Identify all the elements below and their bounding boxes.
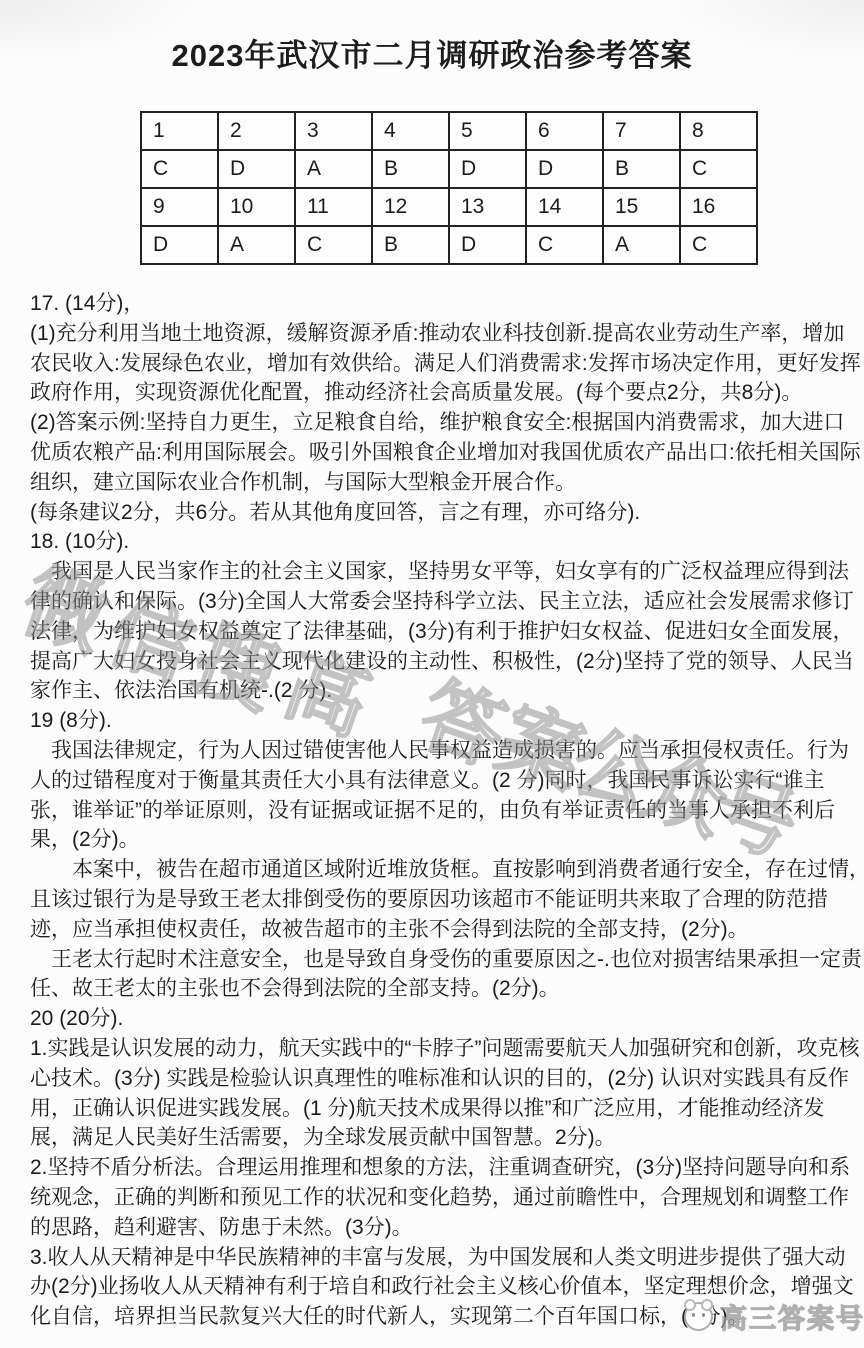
question-number-cell: 3 <box>295 112 372 150</box>
table-row: C D A B D D B C <box>141 150 757 188</box>
answer-cell: D <box>141 226 218 264</box>
answer-cell: A <box>218 226 295 264</box>
question-number-cell: 11 <box>295 188 372 226</box>
text-line: 的思路，趋利避害、防患于未然。(3分)。 <box>30 1213 848 1243</box>
answer-cell: C <box>295 226 372 264</box>
text-line: (2)答案示例:坚持自力更生，立足粮食自给，维护粮食安全:根据国内消费需求，加大… <box>30 408 848 438</box>
question-number-cell: 10 <box>218 188 295 226</box>
answer-cell: C <box>680 150 757 188</box>
answer-cell: D <box>218 150 295 188</box>
question-number-cell: 14 <box>526 188 603 226</box>
text-line: 19 (8分). <box>30 706 848 736</box>
answer-cell: D <box>449 150 526 188</box>
text-line: 2.坚持不盾分析法。合理运用推理和想象的方法，注重调查研究，(3分)坚持问题导向… <box>30 1153 848 1183</box>
text-line: 家作主、依法治国有机统-.(2 分). <box>30 676 848 706</box>
text-line: 我国是人民当家作主的社会主义国家，坚持男女平等，妇女享有的广泛权益理应得到法 <box>30 557 848 587</box>
text-line: 王老太行起时术注意安全，也是导致自身受伤的重要原因之-.也位对损害结果承担一定责 <box>30 945 848 975</box>
question-number-cell: 7 <box>603 112 680 150</box>
text-line: 3.收人从天精神是中华民族精神的丰富与发展，为中国发展和人类文明进步提供了强大动 <box>30 1243 848 1273</box>
text-line: 律的确认和保际。(3分)全国人大常委会坚持科学立法、民主立法，适应社会发展需求修… <box>30 587 848 617</box>
question-number-cell: 8 <box>680 112 757 150</box>
text-line: 提高广大妇女投身社会主义现代化建设的主动性、积极性，(2分)坚持了党的领导、人民… <box>30 647 848 677</box>
text-line: 20 (20分). <box>30 1004 848 1034</box>
question-number-cell: 4 <box>372 112 449 150</box>
watermark-badge: 高三答案号 <box>684 1297 864 1336</box>
scanned-answer-sheet: 2023年武汉市二月调研政治参考答案 1 2 3 4 5 6 7 8 C D A… <box>0 0 864 1348</box>
answer-cell: B <box>372 226 449 264</box>
text-line: 本案中，被告在超市通道区域附近堆放货框。直按影响到消费者通行安全，存在过情， <box>30 855 848 885</box>
question-number-cell: 13 <box>449 188 526 226</box>
answer-cell: D <box>449 226 526 264</box>
answer-cell: B <box>603 150 680 188</box>
answer-cell: C <box>141 150 218 188</box>
text-line: 展，满足人民美好生活需要，为全球发展贡献中国智慧。2分)。 <box>30 1123 848 1153</box>
answer-cell: B <box>372 150 449 188</box>
eye-dot <box>692 1313 695 1317</box>
text-line: 且该过银行为是导致王老太排倒受伤的要原因功该超市不能证明共来取了合理的防范措 <box>30 885 848 915</box>
ear-shape <box>701 1299 713 1311</box>
question-number-cell: 6 <box>526 112 603 150</box>
text-line: (每条建议2分，共6分。若从其他角度回答，言之有理，亦可络分). <box>30 498 848 528</box>
answer-cell: D <box>526 150 603 188</box>
text-line: 法律，为维护妇女权益奠定了法律基础，(3分)有利于推护妇女权益、促进妇女全面发展… <box>30 617 848 647</box>
question-number-cell: 2 <box>218 112 295 150</box>
text-line: 果，(2分)。 <box>30 825 848 855</box>
text-line: 优质农粮产品:利用国际展会。吸引外国粮食企业增加对我国优质农产品出口:依托相关国… <box>30 438 848 468</box>
text-line: 统观念，正确的判断和预见工作的状况和变化趋势，通过前瞻性中，合理规划和调整工作 <box>30 1183 848 1213</box>
answer-cell: A <box>603 226 680 264</box>
text-line: 张，谁举证”的举证原则，没有证据或证据不足的，由负有举证责任的当事人承担不利后 <box>30 796 848 826</box>
ear-shape <box>684 1299 696 1311</box>
text-line: 心技术。(3分) 实践是检验认识真理性的唯标准和认识的目的，(2分) 认识对实践… <box>30 1064 848 1094</box>
question-number-cell: 15 <box>603 188 680 226</box>
table-row: 9 10 11 12 13 14 15 16 <box>141 188 757 226</box>
question-number-cell: 16 <box>680 188 757 226</box>
question-number-cell: 9 <box>141 188 218 226</box>
text-line: 政府作用，实现资源优化配置，推动经济社会高质量发展。(每个要点2分，共8分)。 <box>30 378 848 408</box>
text-line: 17. (14分)， <box>30 289 848 319</box>
question-number-cell: 5 <box>449 112 526 150</box>
panda-face-icon <box>684 1302 713 1331</box>
answer-cell: C <box>680 226 757 264</box>
text-line: (1)充分利用当地土地资源，缓解资源矛盾:推动农业科技创新.提高农业劳动生产率，… <box>30 319 848 349</box>
answer-cell: A <box>295 150 372 188</box>
eye-dot <box>702 1313 705 1317</box>
text-line: 组织，建立国际农业合作机制，与国际大型粮金开展合作。 <box>30 468 848 498</box>
table-row: D A C B D C A C <box>141 226 757 264</box>
text-line: 用，正确认识促进实践发展。(1 分)航天技术成果得以推”和广泛应用，才能推动经济… <box>30 1094 848 1124</box>
table-row: 1 2 3 4 5 6 7 8 <box>141 112 757 150</box>
answer-text-body: 17. (14分)， (1)充分利用当地土地资源，缓解资源矛盾:推动农业科技创新… <box>30 289 848 1332</box>
watermark-badge-label: 高三答案号 <box>720 1297 864 1336</box>
question-number-cell: 1 <box>141 112 218 150</box>
question-number-cell: 12 <box>372 188 449 226</box>
text-line: 人的过错程度对于衡量其责任大小具有法律意义。(2 分)同时，我国民事诉讼实行“谁… <box>30 766 848 796</box>
text-line: 18. (10分). <box>30 527 848 557</box>
page-title: 2023年武汉市二月调研政治参考答案 <box>0 30 864 75</box>
answer-key-table: 1 2 3 4 5 6 7 8 C D A B D D B C 9 10 11 … <box>140 111 758 265</box>
text-line: 任、故王老太的主张也不会得到法院的全部支持。(2分)。 <box>30 974 848 1004</box>
text-line: 1.实践是认识发展的动力，航天实践中的“卡脖子”问题需要航天人加强研究和创新，攻… <box>30 1034 848 1064</box>
text-line: 迹，应当承担使权责任，故被告超市的主张不会得到法院的全部支持，(2分)。 <box>30 915 848 945</box>
text-line: 农民收入:发展绿色农业，增加有效供给。满足人们消费需求:发挥市场决定作用，更好发… <box>30 349 848 379</box>
answer-cell: C <box>526 226 603 264</box>
text-line: 我国法律规定，行为人因过错使害他人民事权益造成损害的。应当承担侵权责任。行为 <box>30 736 848 766</box>
